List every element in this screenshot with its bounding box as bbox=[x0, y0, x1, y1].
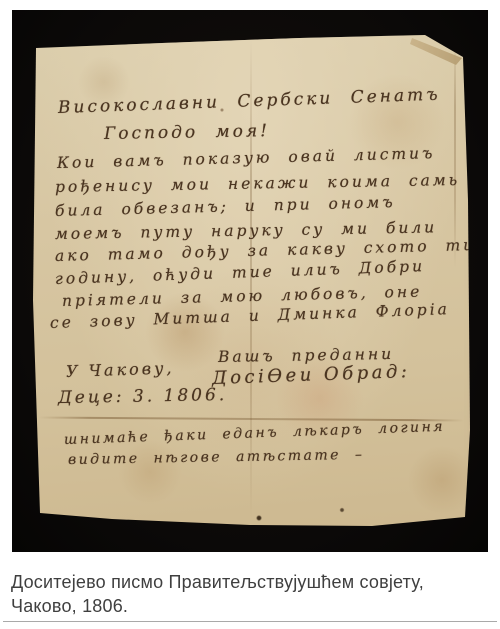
handwriting-line: Кои вамъ показую овай листиъ bbox=[57, 144, 436, 172]
letter-paper: Високославни Сербски Сенатъ Господо моя!… bbox=[12, 10, 488, 552]
handwriting-line: рођенису мои некажи коима самь я bbox=[55, 170, 490, 196]
handwriting-line: била обвезанъ; и при ономъ bbox=[55, 193, 396, 220]
date-line: Деце: 3. 1806. bbox=[58, 385, 228, 408]
caption-line-1: Доситејево писмо Правитељствујушћем совј… bbox=[11, 572, 424, 592]
page: Високославни Сербски Сенатъ Господо моя!… bbox=[0, 0, 500, 629]
bottom-divider bbox=[3, 621, 497, 622]
postscript-line: видите нѣгове атѣстате – bbox=[68, 447, 365, 468]
caption: Доситејево писмо Правитељствујушћем совј… bbox=[11, 570, 497, 618]
place-line: У Чакову, bbox=[66, 358, 175, 381]
postscript-line: шнимаће ђаки еданъ лѣкаръ логиня bbox=[64, 419, 446, 448]
fold-crease-right-edge bbox=[454, 38, 456, 268]
letter-photograph: Високославни Сербски Сенатъ Господо моя!… bbox=[12, 10, 488, 552]
caption-line-2: Чаково, 1806. bbox=[11, 596, 128, 616]
handwriting-line: Господо моя! bbox=[104, 121, 270, 144]
